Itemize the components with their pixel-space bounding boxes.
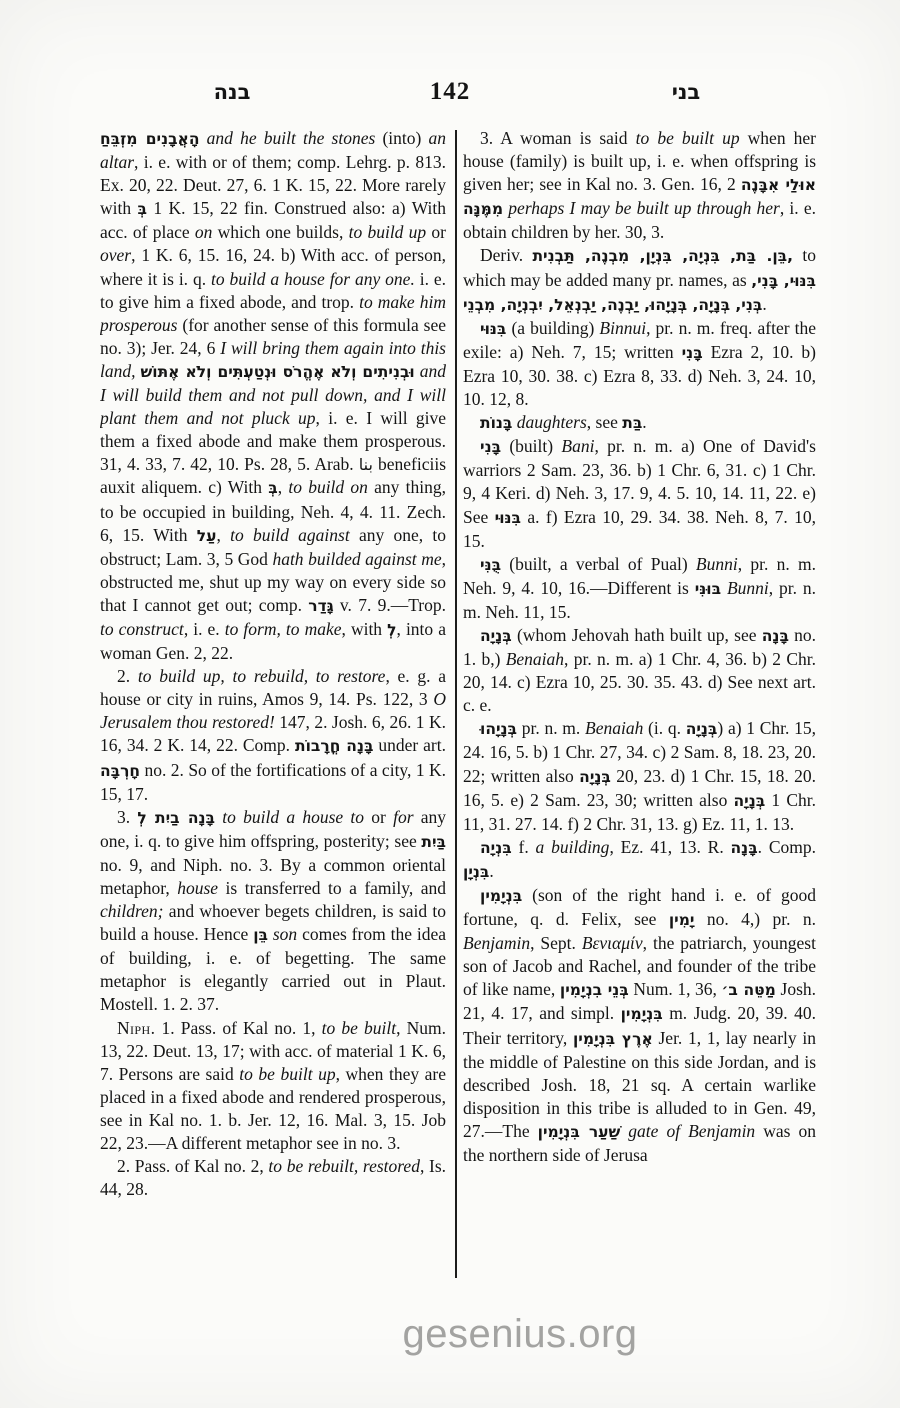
hebrew-text-run: מַטֵּה ב׳ [722, 981, 776, 999]
paragraph: בִּנְיָה f. a building, Ez. 41, 13. R. ב… [463, 836, 816, 884]
text-run: daughters [517, 412, 587, 432]
text-run: Niph. [117, 1018, 155, 1038]
text-run: Deriv. [480, 245, 532, 265]
text-run: son [273, 924, 297, 944]
text-run: (i. q. [643, 718, 685, 738]
paragraph: הָאֲבָנִים מִזְבֵּחַ and he built the st… [100, 127, 446, 665]
paragraph: בָּנוֹת daughters, see בַּת. [463, 411, 816, 435]
text-run: . [489, 861, 493, 881]
hebrew-text-run: בְּנֵי בִנְיָמִין [560, 981, 629, 999]
text-run: under art. [373, 735, 446, 755]
header-catchword-left: בנה [187, 80, 277, 104]
text-run: to construct [100, 619, 184, 639]
text-run: for [393, 807, 413, 827]
hebrew-text-run: בָּנִי [480, 438, 501, 456]
hebrew-text-run: עַל [197, 527, 217, 545]
text-run: to be built up [239, 1064, 335, 1084]
hebrew-text-run: בִּנּוּי [495, 509, 521, 527]
hebrew-text-run: בָּנוֹת [480, 414, 512, 432]
hebrew-text-run: בְּנָיָהוּ [480, 720, 517, 738]
hebrew-text-run: לְ [387, 621, 396, 639]
text-run: (built, a verbal of Pual) [501, 554, 696, 574]
text-run: and he built the stones [199, 128, 375, 148]
text-run: , with [342, 619, 388, 639]
text-run: Num. 1, 36, [629, 979, 722, 999]
hebrew-text-run: בָּנָה [762, 627, 789, 645]
page-number: 142 [390, 78, 510, 106]
text-run: Benjamin [463, 933, 530, 953]
hebrew-text-run: הָאֲבָנִים מִזְבֵּחַ [100, 130, 199, 148]
text-run: بنا [359, 455, 373, 474]
text-run: (into) [375, 128, 428, 148]
text-run: 1. Pass. of Kal no. 1, [155, 1018, 321, 1038]
text-run: . [642, 412, 646, 432]
text-run: to be built up [636, 128, 740, 148]
hebrew-text-run: שַׁעַר בִּנְיָמִין [538, 1123, 621, 1141]
header-catchword-right: בני [641, 80, 731, 104]
text-run: . Comp. [758, 837, 816, 857]
hebrew-text-run: בִּנּוּי [480, 320, 506, 338]
hebrew-text-run: בֻּנִּי [480, 556, 501, 574]
hebrew-text-run: יָמִין [669, 911, 695, 929]
text-run: , [278, 477, 289, 497]
text-run: over [100, 245, 131, 265]
paragraph: בְּנָיָהוּ pr. n. m. Benaiah (i. q. בְּנ… [463, 717, 816, 835]
hebrew-text-run: בְּנָיָה [480, 627, 512, 645]
hebrew-text-run: בְּנָיָה [734, 792, 766, 810]
text-run: , see [587, 412, 622, 432]
text-run: to build up, to rebuild, to restore [138, 666, 386, 686]
paragraph: Deriv. בֵּן. בַּת, בִּנְיָה, בִּנְיָן, מ… [463, 244, 816, 316]
text-run: to build a house for any one. [211, 269, 415, 289]
text-run: . [762, 294, 766, 314]
text-run: or [426, 222, 446, 242]
paragraph: בֻּנִּי (built, a verbal of Pual) Bunni,… [463, 553, 816, 624]
text-run: 2. Pass. of Kal no. 2, [117, 1156, 268, 1176]
text-run: a building [536, 837, 610, 857]
text-run: is transferred to a family, and [218, 878, 446, 898]
column-divider-rule [455, 130, 457, 1278]
hebrew-text-run: בַּת [622, 414, 642, 432]
paragraph: בָּנִי (built) Bani, pr. n. m. a) One of… [463, 435, 816, 552]
text-run: (whom Jehovah hath built up, see [512, 625, 762, 645]
hebrew-text-run: חָרְבָּה [100, 762, 140, 780]
hebrew-text-run: בָּנָה בַיִת לְ [137, 809, 215, 827]
text-run: Bunni [696, 554, 738, 574]
text-run: Benaiah [585, 718, 643, 738]
text-run: house [177, 878, 218, 898]
text-run: (a building) [506, 318, 599, 338]
text-run: f. [512, 837, 536, 857]
text-run: 3. [117, 807, 137, 827]
text-run: , i. e. [184, 619, 225, 639]
text-run: (built) [501, 436, 561, 456]
paragraph: 3. בָּנָה בַיִת לְ to build a house to o… [100, 806, 446, 1017]
text-run: to be built [322, 1018, 396, 1038]
hebrew-text-run: בָּנָה [731, 839, 758, 857]
scanned-lexicon-page: בנה 142 בני הָאֲבָנִים מִזְבֵּחַ and he … [0, 0, 900, 1408]
hebrew-text-run: וּבְנִיתִים וְלֹא אֶהֱרֹס וּנְטַעְתִּים … [141, 363, 415, 381]
paragraph: Niph. 1. Pass. of Kal no. 1, to be built… [100, 1017, 446, 1156]
hebrew-text-run: בּוּנִּי [695, 580, 721, 598]
hebrew-text-run: בְּנָיָה [686, 720, 718, 738]
text-run: no. 2. So of the fortifications of a cit… [100, 760, 446, 804]
text-run: or [364, 807, 393, 827]
column-left: הָאֲבָנִים מִזְבֵּחַ and he built the st… [100, 127, 446, 1289]
text-run: to be rebuilt, restored [268, 1156, 420, 1176]
hebrew-text-run: בָּנִי [682, 344, 703, 362]
text-run: to build a house to [222, 807, 364, 827]
hebrew-text-run: בְּ [268, 479, 277, 497]
text-run: v. 7. 9.—Trop. [334, 595, 446, 615]
hebrew-text-run: בַּיִת [421, 833, 446, 851]
text-run: Bunni [727, 578, 769, 598]
text-run: 2. [117, 666, 138, 686]
text-run: gate of Benjamin [628, 1121, 755, 1141]
hebrew-text-run: בֵּן [253, 926, 268, 944]
hebrew-text-run: אֶרֶץ בִּנְיָמִין [573, 1030, 653, 1048]
paragraph: 2. Pass. of Kal no. 2, to be rebuilt, re… [100, 1155, 446, 1201]
hebrew-text-run: בְּ [138, 200, 147, 218]
text-run: to build against [230, 525, 350, 545]
text-run: no. 4,) pr. n. [694, 909, 816, 929]
hebrew-text-run: בָּנָה חֳרָבוֹת [295, 737, 373, 755]
text-run: 3. A woman is said [480, 128, 636, 148]
text-run: Bani [561, 436, 594, 456]
text-run: Binnui [599, 318, 646, 338]
text-run: Benaiah [506, 649, 564, 669]
watermark: gesenius.org [370, 1312, 670, 1357]
paragraph: 3. A woman is said to be built up when h… [463, 127, 816, 244]
hebrew-text-run: בְּנָיָה [579, 768, 611, 786]
text-run: perhaps I may be built up through her [508, 198, 780, 218]
text-run: to form, to make [225, 619, 342, 639]
text-run: hath builded against me [272, 549, 441, 569]
text-run: on [195, 222, 213, 242]
column-right: 3. A woman is said to be built up when h… [463, 127, 816, 1277]
text-run: to build on [288, 477, 368, 497]
text-run: to build up [349, 222, 427, 242]
text-run: , Sept. [530, 933, 582, 953]
text-run: pr. n. m. [517, 718, 585, 738]
text-run: children; [100, 901, 164, 921]
paragraph: בִּנְיָמִין (son of the right hand i. e.… [463, 884, 816, 1167]
text-run: Βενιαμίν [582, 933, 643, 953]
hebrew-text-run: בִּנְיָמִין [621, 1005, 663, 1023]
paragraph: בְּנָיָה (whom Jehovah hath built up, se… [463, 624, 816, 717]
paragraph: בִּנּוּי (a building) Binnui, pr. n. m. … [463, 317, 816, 411]
paragraph: 2. to build up, to rebuild, to restore, … [100, 665, 446, 806]
hebrew-text-run: בִּנְיָמִין [480, 887, 522, 905]
hebrew-text-run: בִּנְיָן [463, 863, 489, 881]
text-run: , Ez. 41, 13. R. [609, 837, 730, 857]
text-run: , [216, 525, 230, 545]
text-run: which one builds, [212, 222, 348, 242]
hebrew-text-run: בֵּן. בַּת, בִּנְיָה, בִּנְיָן, מִבְנֶה,… [532, 247, 793, 265]
hebrew-text-run: בִּנְיָה [480, 839, 512, 857]
hebrew-text-run: גָּדַר [308, 597, 333, 615]
